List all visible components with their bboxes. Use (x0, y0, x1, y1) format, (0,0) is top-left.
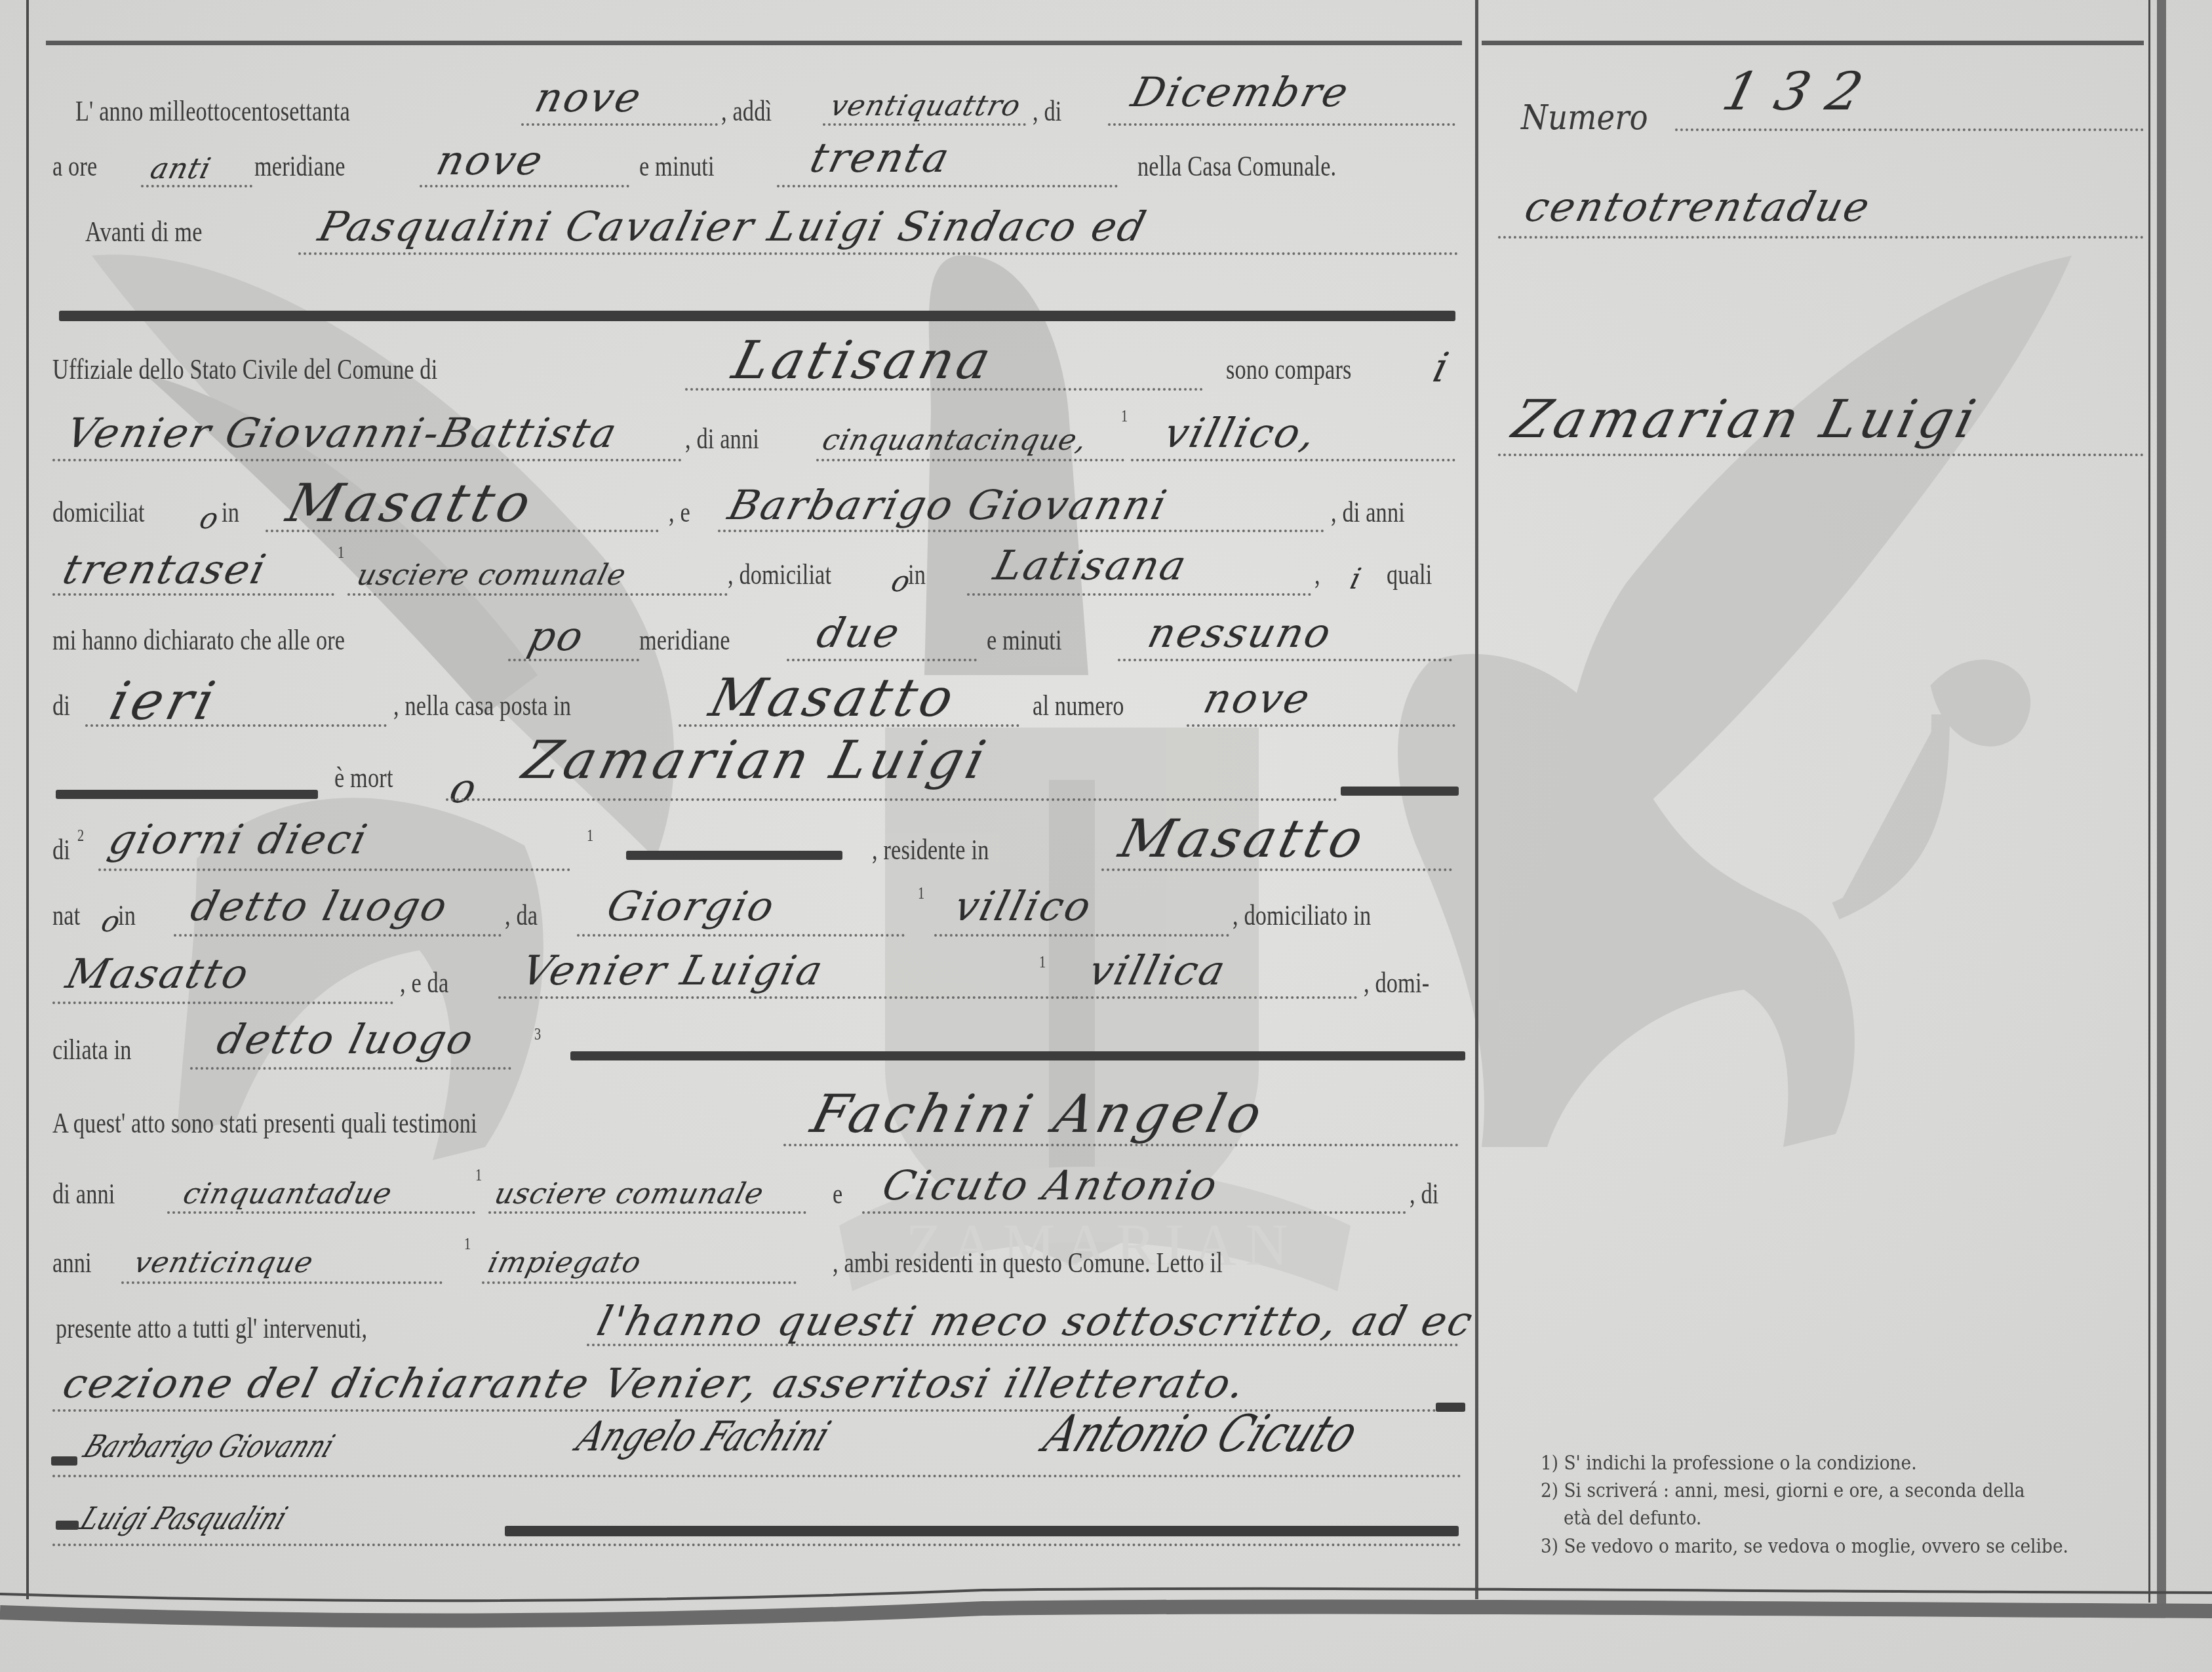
field-comune: Latisana (728, 334, 999, 387)
field-hour: nove (433, 140, 548, 181)
text-e-morto: è mort (334, 764, 393, 792)
text-meridiane: meridiane (254, 152, 346, 181)
superscript-1: 1 (1039, 954, 1046, 971)
field-line (787, 659, 977, 661)
text-comma: , (1314, 560, 1320, 589)
column-divider (1475, 0, 1478, 1599)
signature-line (52, 1475, 1462, 1477)
text-domiciliat: domiciliat (52, 498, 145, 527)
footnote-3: 3) Se vedovo o marito, se vedova o mogli… (1541, 1537, 2068, 1557)
superscript-2: 2 (77, 827, 84, 844)
text-e-da: , e da (400, 969, 448, 998)
text-domiciliat-2: , domiciliat (728, 560, 831, 589)
field-signing-text: l'hanno questi meco sottoscritto, ad ec (593, 1301, 1478, 1342)
field-line (98, 868, 570, 871)
text-domi: , domi- (1364, 969, 1429, 998)
text-in: in (908, 560, 926, 589)
field-line (862, 1211, 1406, 1214)
field-o: o (197, 505, 222, 534)
document-page: ZAMARIAN L' anno milleottocentosettanta … (0, 0, 2212, 1672)
field-deceased-name: Zamarian Luigi (518, 734, 994, 787)
text-di-anni: , di anni (685, 425, 759, 454)
signature-line (52, 1544, 1462, 1546)
thick-rule (570, 1051, 1465, 1060)
field-minutes-2: nessuno (1144, 613, 1337, 653)
text-ciliata-in: ciliata in (52, 1036, 132, 1064)
field-father: Giorgio (603, 886, 780, 927)
field-line (967, 593, 1311, 596)
text-al-numero: al numero (1033, 691, 1124, 720)
numero-label: Numero (1521, 98, 1648, 138)
field-line (521, 123, 718, 126)
field-line (121, 1281, 443, 1284)
thick-rule-tick (56, 1521, 79, 1530)
text-a-ore: a ore (52, 152, 97, 181)
right-border-thick (2157, 0, 2166, 1606)
field-o: o (446, 768, 483, 809)
thick-rule-tick (51, 1456, 77, 1466)
field-age1: cinquantacinque, (820, 426, 1090, 455)
thick-rule-left (56, 790, 318, 799)
field-place1: Masatto (282, 477, 540, 530)
text-nella-casa: , nella casa posta in (393, 691, 571, 720)
text-e: , e (669, 498, 690, 527)
field-line (298, 252, 1459, 255)
text-e-minuti-2: e minuti (987, 626, 1062, 655)
text-di: , di (1033, 97, 1061, 126)
field-age-deceased: giorni dieci (105, 819, 372, 860)
field-ampm: anti (148, 155, 214, 184)
text-meridiane-2: meridiane (639, 626, 730, 655)
top-rule-left (46, 41, 1462, 45)
text-e: e (833, 1180, 842, 1209)
field-residence: Masatto (1115, 813, 1372, 865)
field-prof-witness1: usciere comunale (492, 1180, 767, 1209)
superscript-3: 3 (534, 1026, 541, 1043)
field-father-profession: villico (951, 886, 1097, 927)
field-prof-witness2: impiegato (485, 1249, 644, 1277)
field-line (488, 1211, 806, 1214)
record-number-words: centotrentadue (1521, 187, 1875, 227)
field-year: nove (531, 77, 646, 118)
text-e-minuti: e minuti (639, 152, 715, 181)
text-in: in (222, 498, 239, 527)
field-line (446, 798, 1337, 801)
text-di: di (52, 836, 70, 865)
field-line (1498, 236, 2144, 239)
field-compars-suffix: i (1429, 347, 1454, 388)
field-witness1: Fachini Angelo (806, 1088, 1271, 1140)
sidebar-deceased-name: Zamarian Luigi (1508, 393, 1984, 446)
footnote-2-cont: età del defunto. (1564, 1509, 1701, 1528)
superscript-1: 1 (587, 827, 593, 844)
bottom-double-rule (0, 1586, 2212, 1645)
text-domiciliato-in: , domiciliato in (1233, 901, 1371, 930)
field-place: Masatto (705, 672, 962, 724)
signature-pasqualini: Luigi Pasqualini (75, 1500, 292, 1536)
field-line (498, 996, 1075, 999)
field-line (190, 1067, 511, 1070)
field-age-witness1: cinquantadue (180, 1180, 395, 1209)
field-exception-text: cezione del dichiarante Venier, asserito… (59, 1363, 1251, 1404)
field-line (1118, 659, 1452, 661)
text-in: in (118, 901, 136, 930)
field-line (816, 459, 1124, 461)
text-dichiarato: mi hanno dichiarato che alle ore (52, 626, 345, 655)
field-witness2: Cicuto Antonio (879, 1165, 1223, 1206)
field-line (777, 185, 1118, 187)
field-mother: Venier Luigia (518, 950, 828, 991)
field-line (1131, 459, 1455, 461)
text-presente-atto: presente atto a tutti gl' intervenuti, (56, 1314, 367, 1343)
field-mother-place: detto luogo (213, 1019, 479, 1060)
superscript-1: 1 (464, 1235, 471, 1253)
field-declarant2: Barbarigo Giovanni (724, 485, 1172, 526)
text-di: , di (1410, 1180, 1438, 1209)
text-di-anni-2: , di anni (1331, 498, 1405, 527)
text-quali: quali (1387, 560, 1432, 589)
field-house-number: nove (1200, 678, 1315, 719)
text-casa-comunale: nella Casa Comunale. (1137, 152, 1336, 181)
text-addi: , addì (721, 97, 772, 126)
field-official: Pasqualini Cavalier Luigi Sindaco ed (315, 206, 1151, 247)
field-day: ventiquattro (827, 92, 1024, 121)
superscript-1: 1 (918, 885, 924, 902)
field-place2: Latisana (990, 545, 1192, 586)
field-line (1498, 454, 2144, 456)
field-line (934, 934, 1229, 937)
field-line (52, 593, 334, 596)
left-border (26, 0, 29, 1599)
field-ampm-2: po (524, 616, 589, 657)
thick-rule-right (1341, 787, 1459, 796)
text-ufficiale: Uffiziale dello Stato Civile del Comune … (52, 355, 437, 384)
field-line (1187, 724, 1455, 727)
field-i: i (1347, 565, 1364, 594)
text-nat: nat (52, 901, 80, 930)
footnote-1: 1) S' indichi la professione o la condiz… (1541, 1454, 1917, 1473)
record-number: 132 (1718, 66, 1886, 118)
signature-fachini: Angelo Fachini (570, 1413, 837, 1461)
field-profession2: usciere comunale (354, 561, 629, 590)
field-line (577, 934, 905, 937)
field-profession1: villico, (1160, 413, 1322, 454)
text-testimoni: A quest' atto sono stati presenti quali … (52, 1109, 477, 1138)
field-age-witness2: venticinque (131, 1249, 317, 1277)
signature-cicuto: Antonio Cicuto (1036, 1404, 1367, 1464)
text-residente-in: , residente in (872, 836, 989, 865)
signature-barbarigo: Barbarigo Giovanni (79, 1428, 340, 1464)
top-rule-right (1482, 41, 2144, 45)
text-ambi-residenti: , ambi residenti in questo Comune. Letto… (833, 1249, 1223, 1277)
field-line (174, 934, 502, 937)
field-line (420, 185, 629, 187)
text-da: , da (505, 901, 538, 930)
field-father-place: Masatto (62, 954, 254, 994)
field-birthplace: detto luogo (187, 886, 453, 927)
thick-rule-tick (1436, 1403, 1465, 1412)
field-line (1108, 123, 1455, 126)
superscript-1: 1 (475, 1167, 482, 1184)
text-avanti-di-me: Avanti di me (85, 218, 203, 246)
field-hour-2: due (813, 613, 905, 653)
thick-rule (59, 311, 1455, 321)
field-line (482, 1281, 797, 1284)
field-day-2: ieri (105, 675, 224, 728)
superscript-1: 1 (338, 544, 344, 561)
field-line (52, 459, 682, 461)
text-di-anni: di anni (52, 1180, 115, 1209)
field-declarant1: Venier Giovanni-Battista (62, 413, 622, 454)
text-anno: L' anno milleottocentosettanta (75, 97, 350, 126)
text-sono-compars: sono compars (1226, 355, 1352, 384)
text-anni: anni (52, 1249, 92, 1277)
field-line (718, 530, 1324, 532)
superscript-1: 1 (1121, 408, 1128, 425)
footnote-2: 2) Si scriverá : anni, mesi, giorni e or… (1541, 1481, 2025, 1501)
field-line (347, 593, 728, 596)
field-age2: trentasei (59, 549, 271, 590)
field-month: Dicembre (1128, 72, 1354, 113)
field-line (823, 123, 1026, 126)
field-line (167, 1211, 475, 1214)
field-mother-profession: villica (1085, 950, 1231, 991)
thick-rule-mid (626, 851, 842, 860)
text-di: di (52, 691, 70, 720)
field-line (1075, 996, 1357, 999)
right-border-thin (2148, 0, 2150, 1603)
field-line (52, 1001, 393, 1004)
field-minutes: trenta (806, 138, 955, 178)
thick-rule (505, 1526, 1459, 1536)
field-line (1675, 128, 2144, 131)
